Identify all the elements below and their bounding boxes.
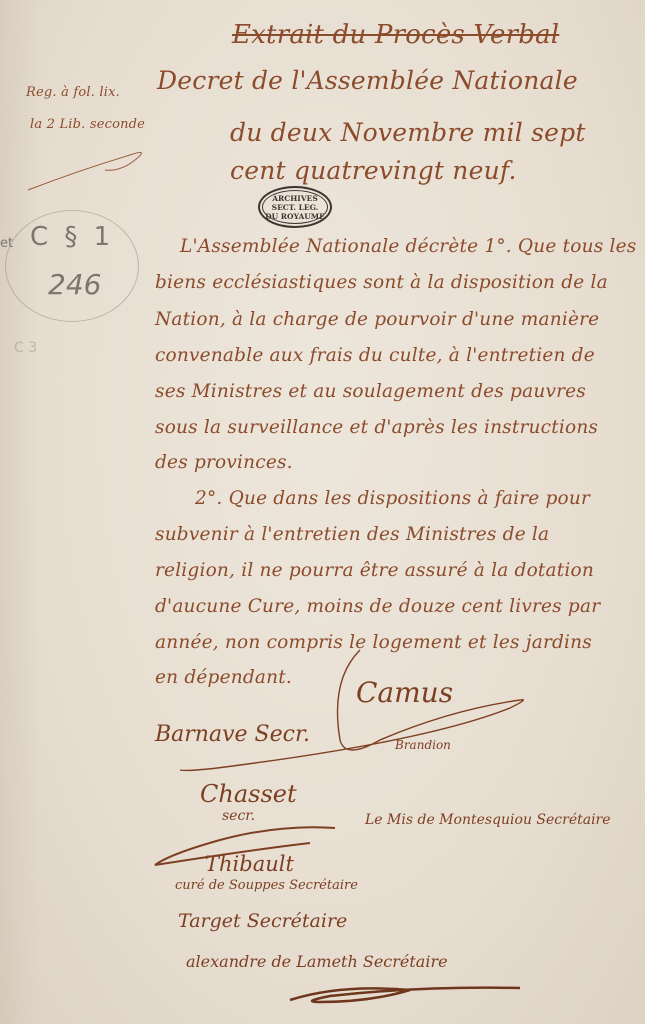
body-line-2: biens ecclésiastiques sont à la disposit… — [155, 272, 608, 293]
pencil-faint-mark: C 3 — [14, 340, 37, 356]
body-line-7: des provinces. — [155, 452, 293, 473]
pencil-prefix: et — [0, 236, 13, 251]
margin-flourish-icon — [20, 130, 150, 200]
title-line-1: Decret de l'Assemblée Nationale — [157, 66, 578, 95]
body-line-1: L'Assemblée Nationale décrète 1°. Que to… — [180, 236, 636, 257]
body-line-9: subvenir à l'entretien des Ministres de … — [155, 524, 549, 545]
body-line-6: sous la surveillance et d'après les inst… — [155, 417, 598, 438]
body-line-11: d'aucune Cure, moins de douze cent livre… — [155, 596, 600, 617]
title-line-3: cent quatrevingt neuf. — [230, 156, 517, 185]
title-line-2: du deux Novembre mil sept — [230, 118, 586, 147]
body-line-8: 2°. Que dans les dispositions à faire po… — [195, 488, 590, 509]
struck-heading: Extrait du Procès Verbal — [232, 20, 559, 50]
signature-chasset: Chasset — [200, 780, 297, 808]
pencil-folio-number: 246 — [48, 268, 101, 301]
signature-brandion: Brandion — [395, 738, 451, 752]
body-line-10: religion, il ne pourra être assuré à la … — [155, 560, 594, 581]
camus-flourish-icon — [150, 640, 530, 780]
body-line-5: ses Ministres et au soulagement des pauv… — [155, 381, 586, 402]
body-line-4: convenable aux frais du culte, à l'entre… — [155, 345, 595, 366]
archives-stamp: ARCHIVES SECT. LEG. DU ROYAUME — [258, 186, 332, 228]
pencil-call-number: C § 1 — [30, 222, 114, 252]
signature-montesquiou: Le Mis de Montesquiou Secrétaire — [365, 812, 611, 828]
margin-note-line-1: Reg. à fol. lix. — [26, 85, 120, 100]
signature-barnave: Barnave Secr. — [155, 722, 310, 747]
signature-thibault-title: curé de Souppes Secrétaire — [175, 878, 358, 893]
stamp-inner-border — [262, 190, 328, 224]
signature-thibault: Thibault — [205, 852, 294, 876]
body-line-3: Nation, à la charge de pourvoir d'une ma… — [155, 309, 599, 330]
signature-target: Target Secrétaire — [178, 910, 347, 932]
lameth-flourish-icon — [280, 980, 530, 1010]
signature-lameth: alexandre de Lameth Secrétaire — [186, 952, 448, 971]
